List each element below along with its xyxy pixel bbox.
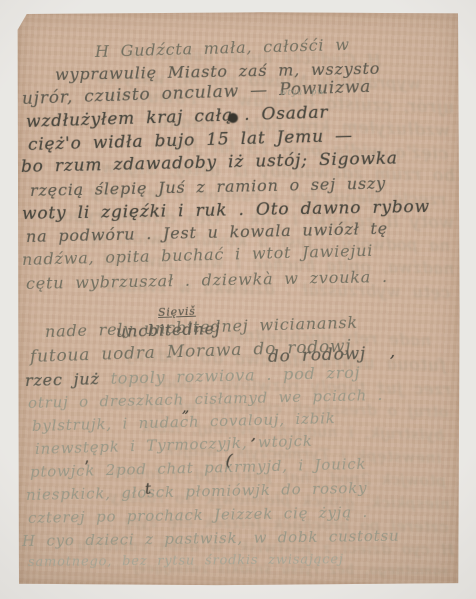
ink-mark: , <box>390 342 396 361</box>
ink-mark: ’ <box>249 434 257 454</box>
ink-mark: wtyu pw <box>280 87 325 97</box>
ink-mark: Sięviš <box>158 305 196 319</box>
ink-mark: uncbitednej <box>116 319 221 341</box>
ink-mark: rzec już <box>25 369 100 390</box>
ink-mark: „ <box>182 400 190 416</box>
ink-blot <box>228 113 238 123</box>
ink-mark: t <box>144 480 152 498</box>
ink-mark: do rodowj <box>268 344 367 367</box>
manuscript-scan: H Gudźcta mała, całośći wwyprawulię Mias… <box>0 0 476 599</box>
ink-marks-layer: Sięvišwtyu pwrzec jużuncbitednejdo rodow… <box>0 0 476 599</box>
ink-mark: ’ <box>83 457 92 476</box>
ink-mark: ( <box>225 450 234 470</box>
